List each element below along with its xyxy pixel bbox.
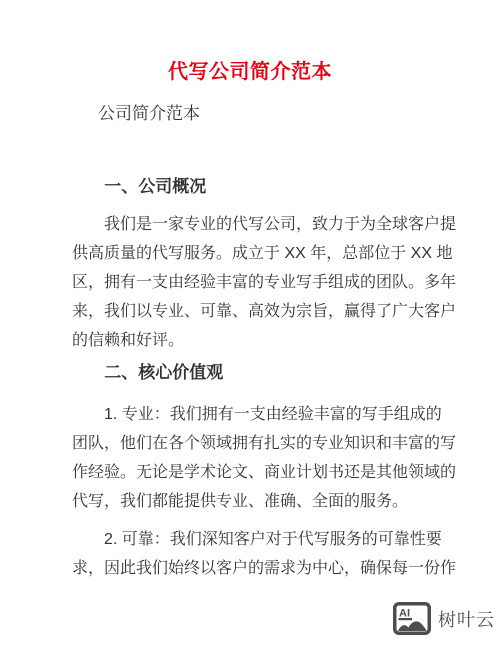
watermark-brand-text: 树叶云 xyxy=(438,606,495,632)
ai-image-logo-icon: AI xyxy=(393,602,431,635)
section-heading-values: 二、核心价值观 xyxy=(72,360,464,386)
watermark: AI 树叶云 xyxy=(393,602,495,635)
ai-logo-label: AI xyxy=(399,608,410,620)
paragraph-value-professional: 1. 专业：我们拥有一支由经验丰富的写手组成的 团队，他们在各个领域拥有扎实的专… xyxy=(72,400,464,516)
paragraph-value-reliable: 2. 可靠：我们深知客户对于代写服务的可靠性要 求，因此我们始终以客户的需求为中… xyxy=(72,525,464,583)
document-subtitle: 公司简介范本 xyxy=(98,101,200,127)
paragraph-overview: 我们是一家专业的代写公司，致力于为全球客户提 供高质量的代写服务。成立于 XX … xyxy=(72,210,464,355)
page-title: 代写公司简介范本 xyxy=(0,58,500,86)
document-page: 代写公司简介范本 公司简介范本 一、公司概况 我们是一家专业的代写公司，致力于为… xyxy=(0,0,500,647)
section-heading-overview: 一、公司概况 xyxy=(72,174,464,200)
